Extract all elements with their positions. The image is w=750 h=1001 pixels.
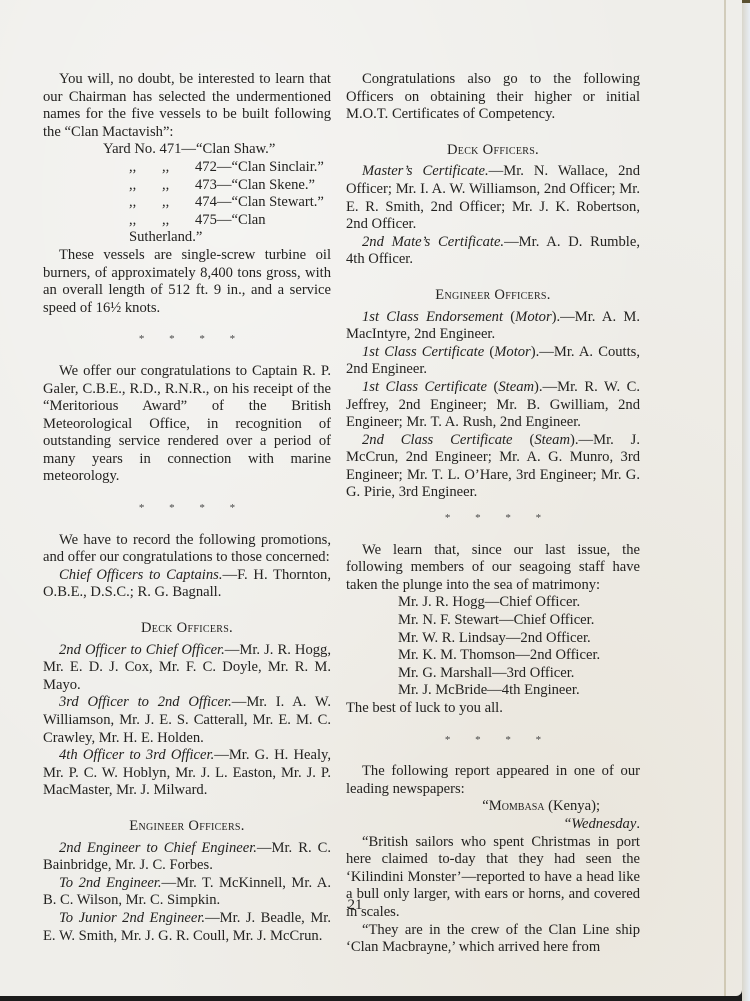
vessel-specs-paragraph: These vessels are single-screw turbine o… [43,247,331,317]
vessel-item: ,,,,475—“Clan Sutherland.” [103,212,331,247]
promotion-entry: 3rd Officer to 2nd Officer.—Mr. I. A. W.… [43,694,331,747]
certificate-entry: 1st Class Certificate (Steam).—Mr. R. W.… [346,379,640,432]
marriage-item: Mr. J. McBride—4th Engineer. [398,682,640,700]
marriage-item: Mr. J. R. Hogg—Chief Officer. [398,594,640,612]
marriage-close: The best of luck to you all. [346,700,640,718]
section-separator: * * * * [43,500,331,518]
document-page: You will, no doubt, be interested to lea… [0,0,742,996]
deck-officers-heading: Deck Officers. [346,142,640,160]
page-edge-shadow [724,0,726,996]
promotion-entry: 2nd Engineer to Chief Engineer.—Mr. R. C… [43,840,331,875]
deck-officers-heading: Deck Officers. [43,620,331,638]
left-column: You will, no doubt, be interested to lea… [43,71,331,945]
certificate-entry: 1st Class Certificate (Motor).—Mr. A. Co… [346,344,640,379]
report-dateline-place: “Mombasa (Kenya); [346,798,640,816]
promotion-entry: 4th Officer to 3rd Officer.—Mr. G. H. He… [43,747,331,800]
certificate-entry: 2nd Class Certificate (Steam).—Mr. J. Mc… [346,432,640,502]
promotion-entry: To 2nd Engineer.—Mr. T. McKinnell, Mr. A… [43,875,331,910]
section-separator: * * * * [346,510,640,528]
vessel-names-list: Yard No. 471—“Clan Shaw.” ,,,,472—“Clan … [43,141,331,247]
background-strip [742,0,750,1001]
background-edge [742,0,750,3]
marriage-item: Mr. K. M. Thomson—2nd Officer. [398,647,640,665]
certificate-entry: 2nd Mate’s Certificate.—Mr. A. D. Rumble… [346,234,640,269]
report-intro: The following report appeared in one of … [346,763,640,798]
new-vessels-intro: You will, no doubt, be interested to lea… [43,71,331,141]
engineer-officers-heading: Engineer Officers. [43,818,331,836]
report-paragraph: “British sailors who spent Christmas in … [346,834,640,922]
promotion-entry: Chief Officers to Captains.—F. H. Thornt… [43,567,331,602]
vessel-item: ,,,,472—“Clan Sinclair.” [103,159,331,177]
certificates-intro: Congratulations also go to the following… [346,71,640,124]
promotion-entry: 2nd Officer to Chief Officer.—Mr. J. R. … [43,642,331,695]
marriage-item: Mr. G. Marshall—3rd Officer. [398,665,640,683]
certificate-entry: Master’s Certificate.—Mr. N. Wallace, 2n… [346,163,640,233]
vessel-item: ,,,,473—“Clan Skene.” [103,177,331,195]
award-paragraph: We offer our congratulations to Captain … [43,363,331,486]
section-separator: * * * * [346,732,640,750]
promotion-entry: To Junior 2nd Engineer.—Mr. J. Beadle, M… [43,910,331,945]
page-number: 21 [340,897,370,914]
vessel-item: ,,,,474—“Clan Stewart.” [103,194,331,212]
section-separator: * * * * [43,331,331,349]
promotions-intro: We have to record the following promotio… [43,532,331,567]
certificate-entry: 1st Class Endorsement (Motor).—Mr. A. M.… [346,309,640,344]
report-dateline-day: “Wednesday. [346,816,640,834]
marriage-item: Mr. N. F. Stewart—Chief Officer. [398,612,640,630]
vessel-item: Yard No. 471—“Clan Shaw.” [103,141,331,159]
marriage-item: Mr. W. R. Lindsay—2nd Officer. [398,630,640,648]
marriage-intro: We learn that, since our last issue, the… [346,542,640,595]
engineer-officers-heading: Engineer Officers. [346,287,640,305]
marriage-list: Mr. J. R. Hogg—Chief Officer. Mr. N. F. … [346,594,640,700]
report-paragraph: “They are in the crew of the Clan Line s… [346,922,640,957]
right-column: Congratulations also go to the following… [346,71,640,957]
